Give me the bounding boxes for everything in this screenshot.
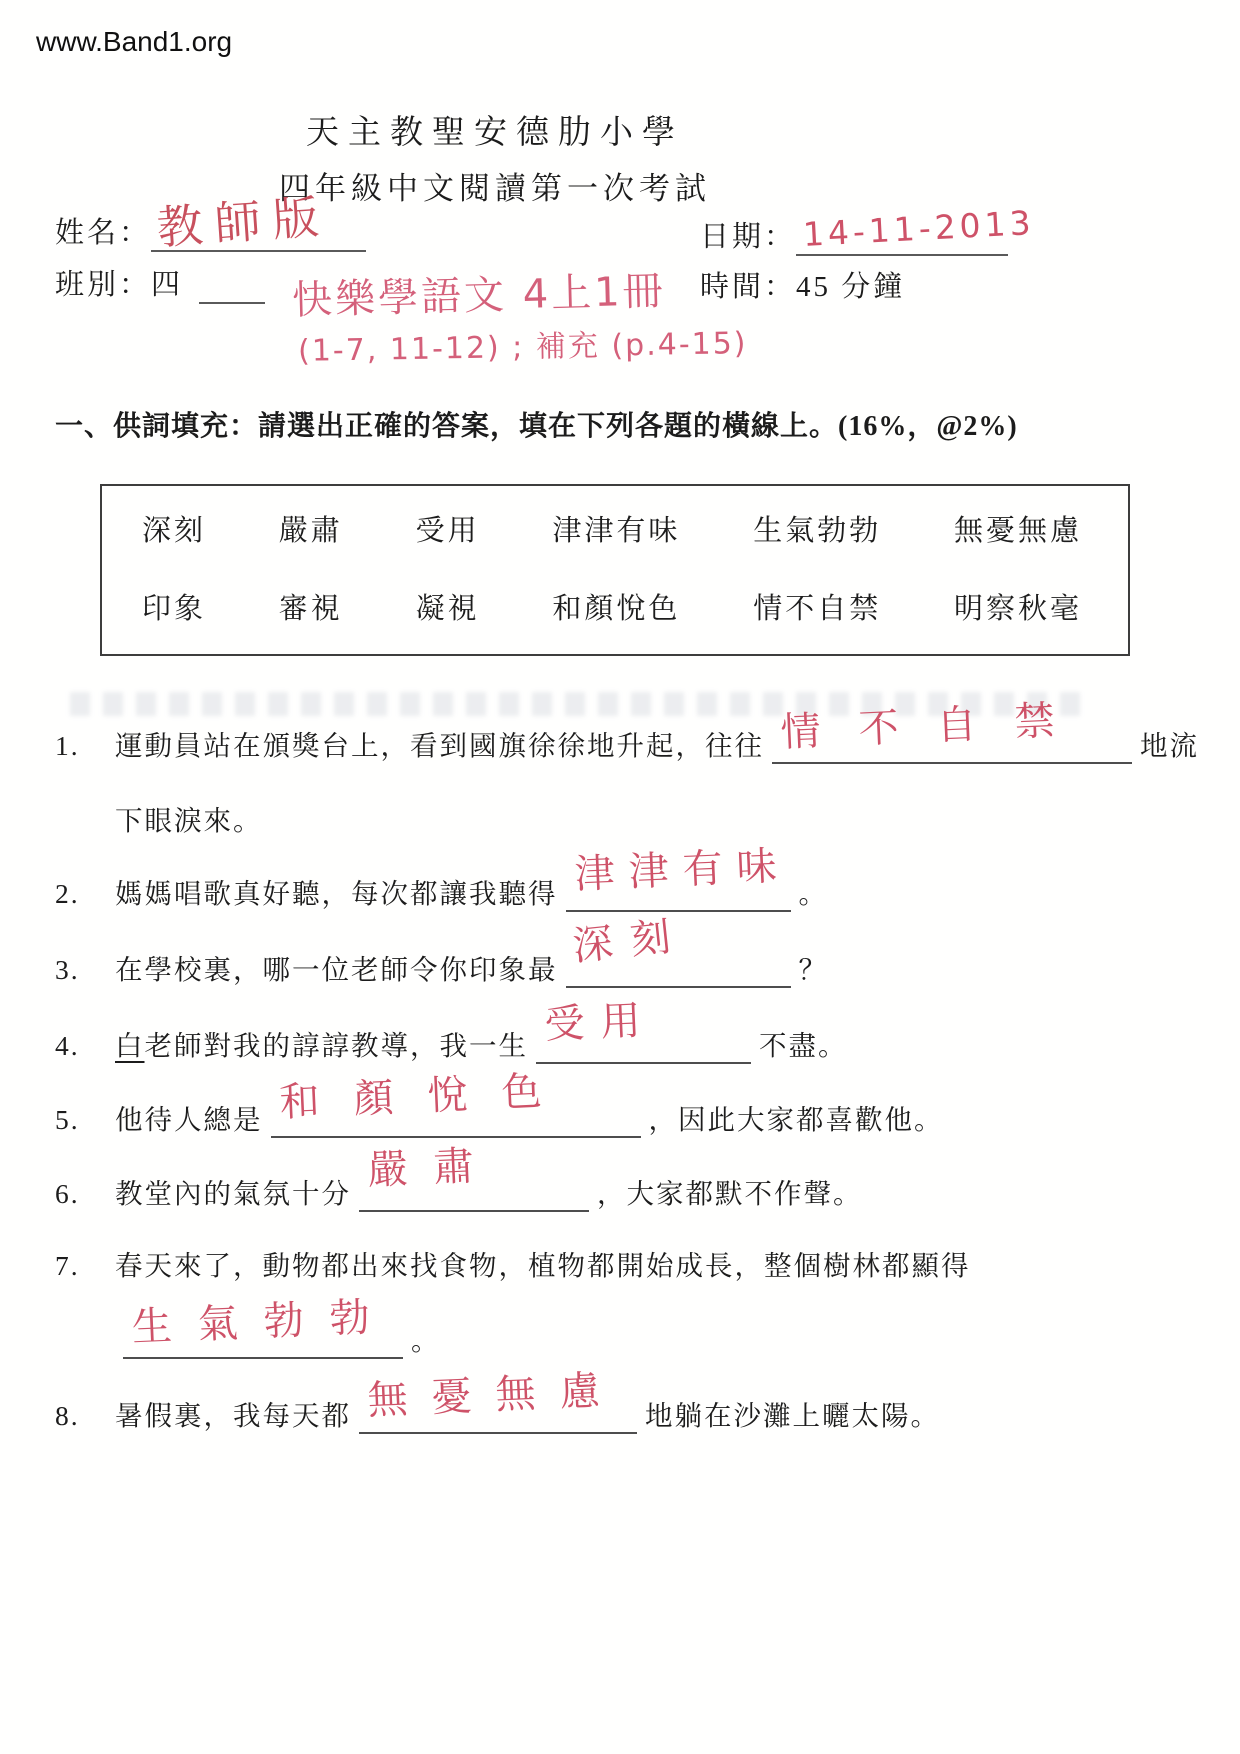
word-bank-box: 深刻 嚴肅 受用 津津有味 生氣勃勃 無憂無慮 印象 審視 凝視 和顏悅色 情不… (100, 484, 1130, 656)
word-bank-item: 嚴肅 (279, 508, 343, 549)
handwritten-answer: 和顏悅色 (278, 1061, 576, 1132)
question-number: 4. (55, 1026, 115, 1066)
question-number: 3. (55, 950, 115, 990)
word-bank-item: 情不自禁 (753, 586, 881, 627)
question-text: 媽媽唱歌真好聽，每次都讓我聽得津津有味。 (115, 874, 828, 914)
question-number: 7. (55, 1246, 115, 1286)
name-label: 姓名： (55, 217, 151, 249)
section-heading: 一、供詞填充：請選出正確的答案，填在下列各題的橫線上。(16%，@2%) (55, 404, 1205, 444)
question-7-line2: 生氣勃勃。 (115, 1318, 441, 1359)
handwritten-answer: 情不自禁 (779, 690, 1093, 762)
question-6: 6. 教堂內的氣氛十分嚴肅，大家都默不作聲。 (55, 1174, 863, 1214)
question-3: 3. 在學校裏，哪一位老師令你印象最深刻？ (55, 950, 828, 990)
date-label: 日期： (700, 221, 796, 253)
question-number: 6. (55, 1174, 115, 1214)
question-text: 白老師對我的諄諄教導，我一生受用不盡。 (115, 1026, 848, 1066)
handwritten-answer: 受用 (543, 991, 657, 1054)
handwritten-answer: 深刻 (569, 906, 690, 976)
word-bank-item: 津津有味 (552, 508, 680, 549)
word-bank-item: 深刻 (142, 508, 206, 549)
time-value: 45 分鐘 (796, 271, 905, 303)
question-5: 5. 他待人總是和顏悅色，因此大家都喜歡他。 (55, 1100, 944, 1140)
answer-blank-line: 情不自禁 (772, 726, 1132, 764)
question-text-before: 老師對我的諄諄教導，我一生 (145, 1030, 529, 1061)
word-bank-item: 和顏悅色 (552, 586, 680, 627)
class-row: 班別：四 (55, 262, 265, 304)
question-text: 在學校裏，哪一位老師令你印象最深刻？ (115, 950, 828, 990)
question-text-after: 。 (411, 1325, 441, 1356)
handwritten-answer: 無憂無慮 (366, 1361, 624, 1430)
question-text: 運動員站在頒獎台上，看到國旗徐徐地升起，往往情不自禁地流 (115, 726, 1199, 766)
teacher-note-line2: (1-7, 11-12) ; 補充 (p.4-15) (298, 318, 748, 370)
question-number: 8. (55, 1396, 115, 1436)
question-text: 春天來了，動物都出來找食物，植物都開始成長，整個樹林都顯得 (115, 1246, 971, 1286)
answer-blank-line: 嚴肅 (359, 1174, 589, 1212)
question-text-before: 運動員站在頒獎台上，看到國旗徐徐地升起，往往 (115, 730, 764, 761)
question-text-before: 教堂內的氣氛十分 (115, 1178, 351, 1209)
word-bank-item: 審視 (279, 586, 343, 627)
title-block: 天主教聖安德肋小學 四年級中文閱讀第一次考試 (0, 106, 990, 208)
question-text-after: 地躺在沙灘上曬太陽。 (645, 1400, 940, 1431)
question-text-after: ，因此大家都喜歡他。 (649, 1104, 944, 1135)
name-blank-line: 教師版 (151, 210, 366, 252)
word-bank-item: 生氣勃勃 (753, 508, 881, 549)
exam-title: 四年級中文閱讀第一次考試 (0, 163, 990, 208)
question-text-after: ？ (799, 954, 829, 985)
handwritten-answer: 嚴肅 (366, 1136, 500, 1200)
time-row: 時間：45 分鐘 (700, 264, 905, 305)
class-value: 四 (151, 269, 183, 301)
time-label: 時間： (700, 271, 796, 303)
question-text: 教堂內的氣氛十分嚴肅，大家都默不作聲。 (115, 1174, 863, 1214)
answer-blank-line: 受用 (536, 1026, 751, 1064)
word-bank-row-2: 印象 審視 凝視 和顏悅色 情不自禁 明察秋毫 (142, 586, 1082, 627)
date-row: 日期：14-11-2013 (700, 214, 1008, 256)
question-number: 5. (55, 1100, 115, 1140)
underlined-char: 白 (115, 1030, 145, 1061)
answer-blank-line: 無憂無慮 (359, 1396, 637, 1434)
question-text-after: ，大家都默不作聲。 (597, 1178, 863, 1209)
question-text-before: 在學校裏，哪一位老師令你印象最 (115, 954, 558, 985)
date-blank-line: 14-11-2013 (796, 214, 1008, 256)
handwritten-answer: 生氣勃勃 (131, 1285, 397, 1353)
question-text: 他待人總是和顏悅色，因此大家都喜歡他。 (115, 1100, 944, 1140)
question-text-before: 暑假裏，我每天都 (115, 1400, 351, 1431)
question-text-after: 。 (799, 878, 829, 909)
question-text-after: 不盡。 (759, 1030, 848, 1061)
question-text-before: 媽媽唱歌真好聽，每次都讓我聽得 (115, 878, 558, 909)
question-text-before: 他待人總是 (115, 1104, 263, 1135)
question-7: 7. 春天來了，動物都出來找食物，植物都開始成長，整個樹林都顯得 (55, 1246, 971, 1286)
teacher-note-line1: 快樂學語文 4上1冊 (291, 259, 666, 326)
question-1-line2: 下眼淚來。 (115, 798, 263, 838)
school-name: 天主教聖安德肋小學 (0, 106, 990, 153)
answer-blank-line: 和顏悅色 (271, 1100, 641, 1138)
name-row: 姓名：教師版 (55, 210, 366, 252)
question-text-after: 地流 (1140, 730, 1199, 761)
date-handwritten-value: 14-11-2013 (802, 203, 1036, 254)
question-text: 暑假裏，我每天都無憂無慮地躺在沙灘上曬太陽。 (115, 1396, 940, 1436)
word-bank-item: 無憂無慮 (954, 508, 1082, 549)
class-blank-line (199, 262, 265, 304)
word-bank-item: 受用 (416, 508, 480, 549)
word-bank-row-1: 深刻 嚴肅 受用 津津有味 生氣勃勃 無憂無慮 (142, 508, 1082, 549)
question-number: 1. (55, 726, 115, 766)
answer-blank-line: 生氣勃勃 (123, 1321, 403, 1359)
handwritten-answer: 津津有味 (573, 837, 791, 904)
question-8: 8. 暑假裏，我每天都無憂無慮地躺在沙灘上曬太陽。 (55, 1396, 940, 1436)
question-2: 2. 媽媽唱歌真好聽，每次都讓我聽得津津有味。 (55, 874, 828, 914)
question-1: 1. 運動員站在頒獎台上，看到國旗徐徐地升起，往往情不自禁地流 (55, 726, 1199, 766)
exam-paper-page: www.Band1.org 天主教聖安德肋小學 四年級中文閱讀第一次考試 姓名：… (0, 0, 1240, 1754)
class-label: 班別： (55, 269, 151, 301)
word-bank-item: 印象 (142, 586, 206, 627)
watermark-url: www.Band1.org (36, 26, 232, 58)
name-handwritten-value: 教師版 (154, 180, 332, 258)
question-number: 2. (55, 874, 115, 914)
answer-blank-line: 深刻 (566, 950, 791, 988)
question-4: 4. 白老師對我的諄諄教導，我一生受用不盡。 (55, 1026, 848, 1066)
word-bank-item: 明察秋毫 (954, 586, 1082, 627)
word-bank-item: 凝視 (416, 586, 480, 627)
